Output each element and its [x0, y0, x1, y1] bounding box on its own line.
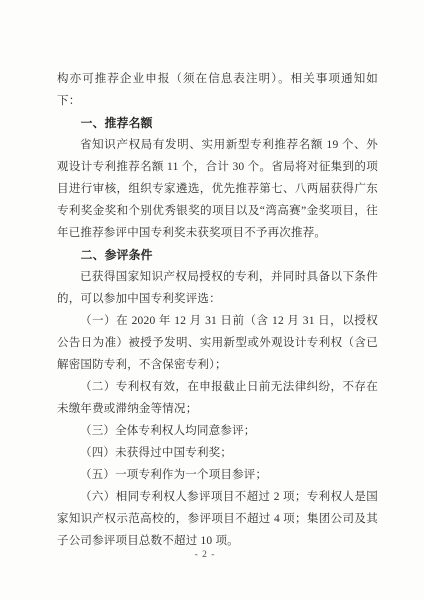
paragraph: （三）全体专利权人均同意参评； — [57, 420, 378, 442]
paragraph: 已获得国家知识产权局授权的专利，并同时具备以下条件的，可以参加中国专利奖评选： — [57, 266, 378, 310]
paragraph: 省知识产权局有发明、实用新型专利推荐名额 19 个、外观设计专利推荐名额 11 … — [57, 134, 378, 244]
document-page: 构亦可推荐企业申报（须在信息表注明）。相关事项通知如下：一、推荐名额省知识产权局… — [0, 0, 424, 600]
paragraph: （六）相同专利权人参评项目不超过 2 项；专利权人是国家知识产权示范高校的，参评… — [57, 486, 378, 552]
document-content: 构亦可推荐企业申报（须在信息表注明）。相关事项通知如下：一、推荐名额省知识产权局… — [57, 68, 378, 552]
paragraph: （五）一项专利作为一个项目参评； — [57, 464, 378, 486]
page-number: - 2 - — [0, 550, 410, 560]
section-heading: 二、参评条件 — [57, 244, 378, 266]
paragraph: （一）在 2020 年 12 月 31 日前（含 12 月 31 日，以授权公告… — [57, 310, 378, 376]
paragraph: （二）专利权有效，在申报截止日前无法律纠纷，不存在未缴年费或滞纳金等情况； — [57, 376, 378, 420]
continuation-line: 构亦可推荐企业申报（须在信息表注明）。相关事项通知如下： — [57, 68, 378, 112]
section-heading: 一、推荐名额 — [57, 112, 378, 134]
paragraph: （四）未获得过中国专利奖； — [57, 442, 378, 464]
